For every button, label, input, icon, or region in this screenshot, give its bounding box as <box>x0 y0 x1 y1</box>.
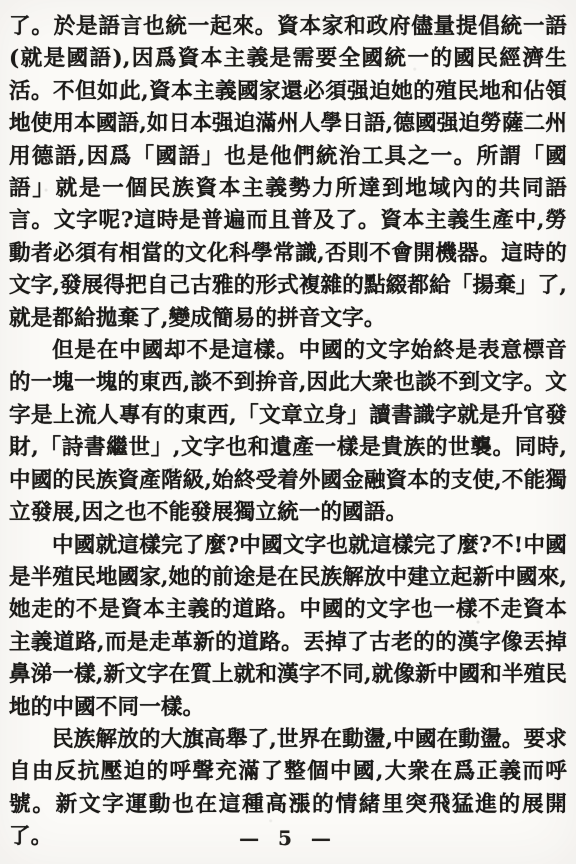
page-number: — 5 — <box>0 826 576 850</box>
scanned-book-page: 了。於是語言也統一起來。資本家和政府儘量提倡統一語(就是國語),因爲資本主義是需… <box>0 0 576 864</box>
body-text: 了。於是語言也統一起來。資本家和政府儘量提倡統一語(就是國語),因爲資本主義是需… <box>9 11 567 854</box>
paragraph-1: 了。於是語言也統一起來。資本家和政府儘量提倡統一語(就是國語),因爲資本主義是需… <box>9 11 567 335</box>
paragraph-3: 中國就這樣完了麼?中國文字也就這樣完了麼?不!中國是半殖民地國家,她的前途是在民… <box>9 530 567 724</box>
paragraph-2: 但是在中國却不是這樣。中國的文字始終是表意標音的一塊一塊的東西,談不到拚音,因此… <box>9 335 567 529</box>
